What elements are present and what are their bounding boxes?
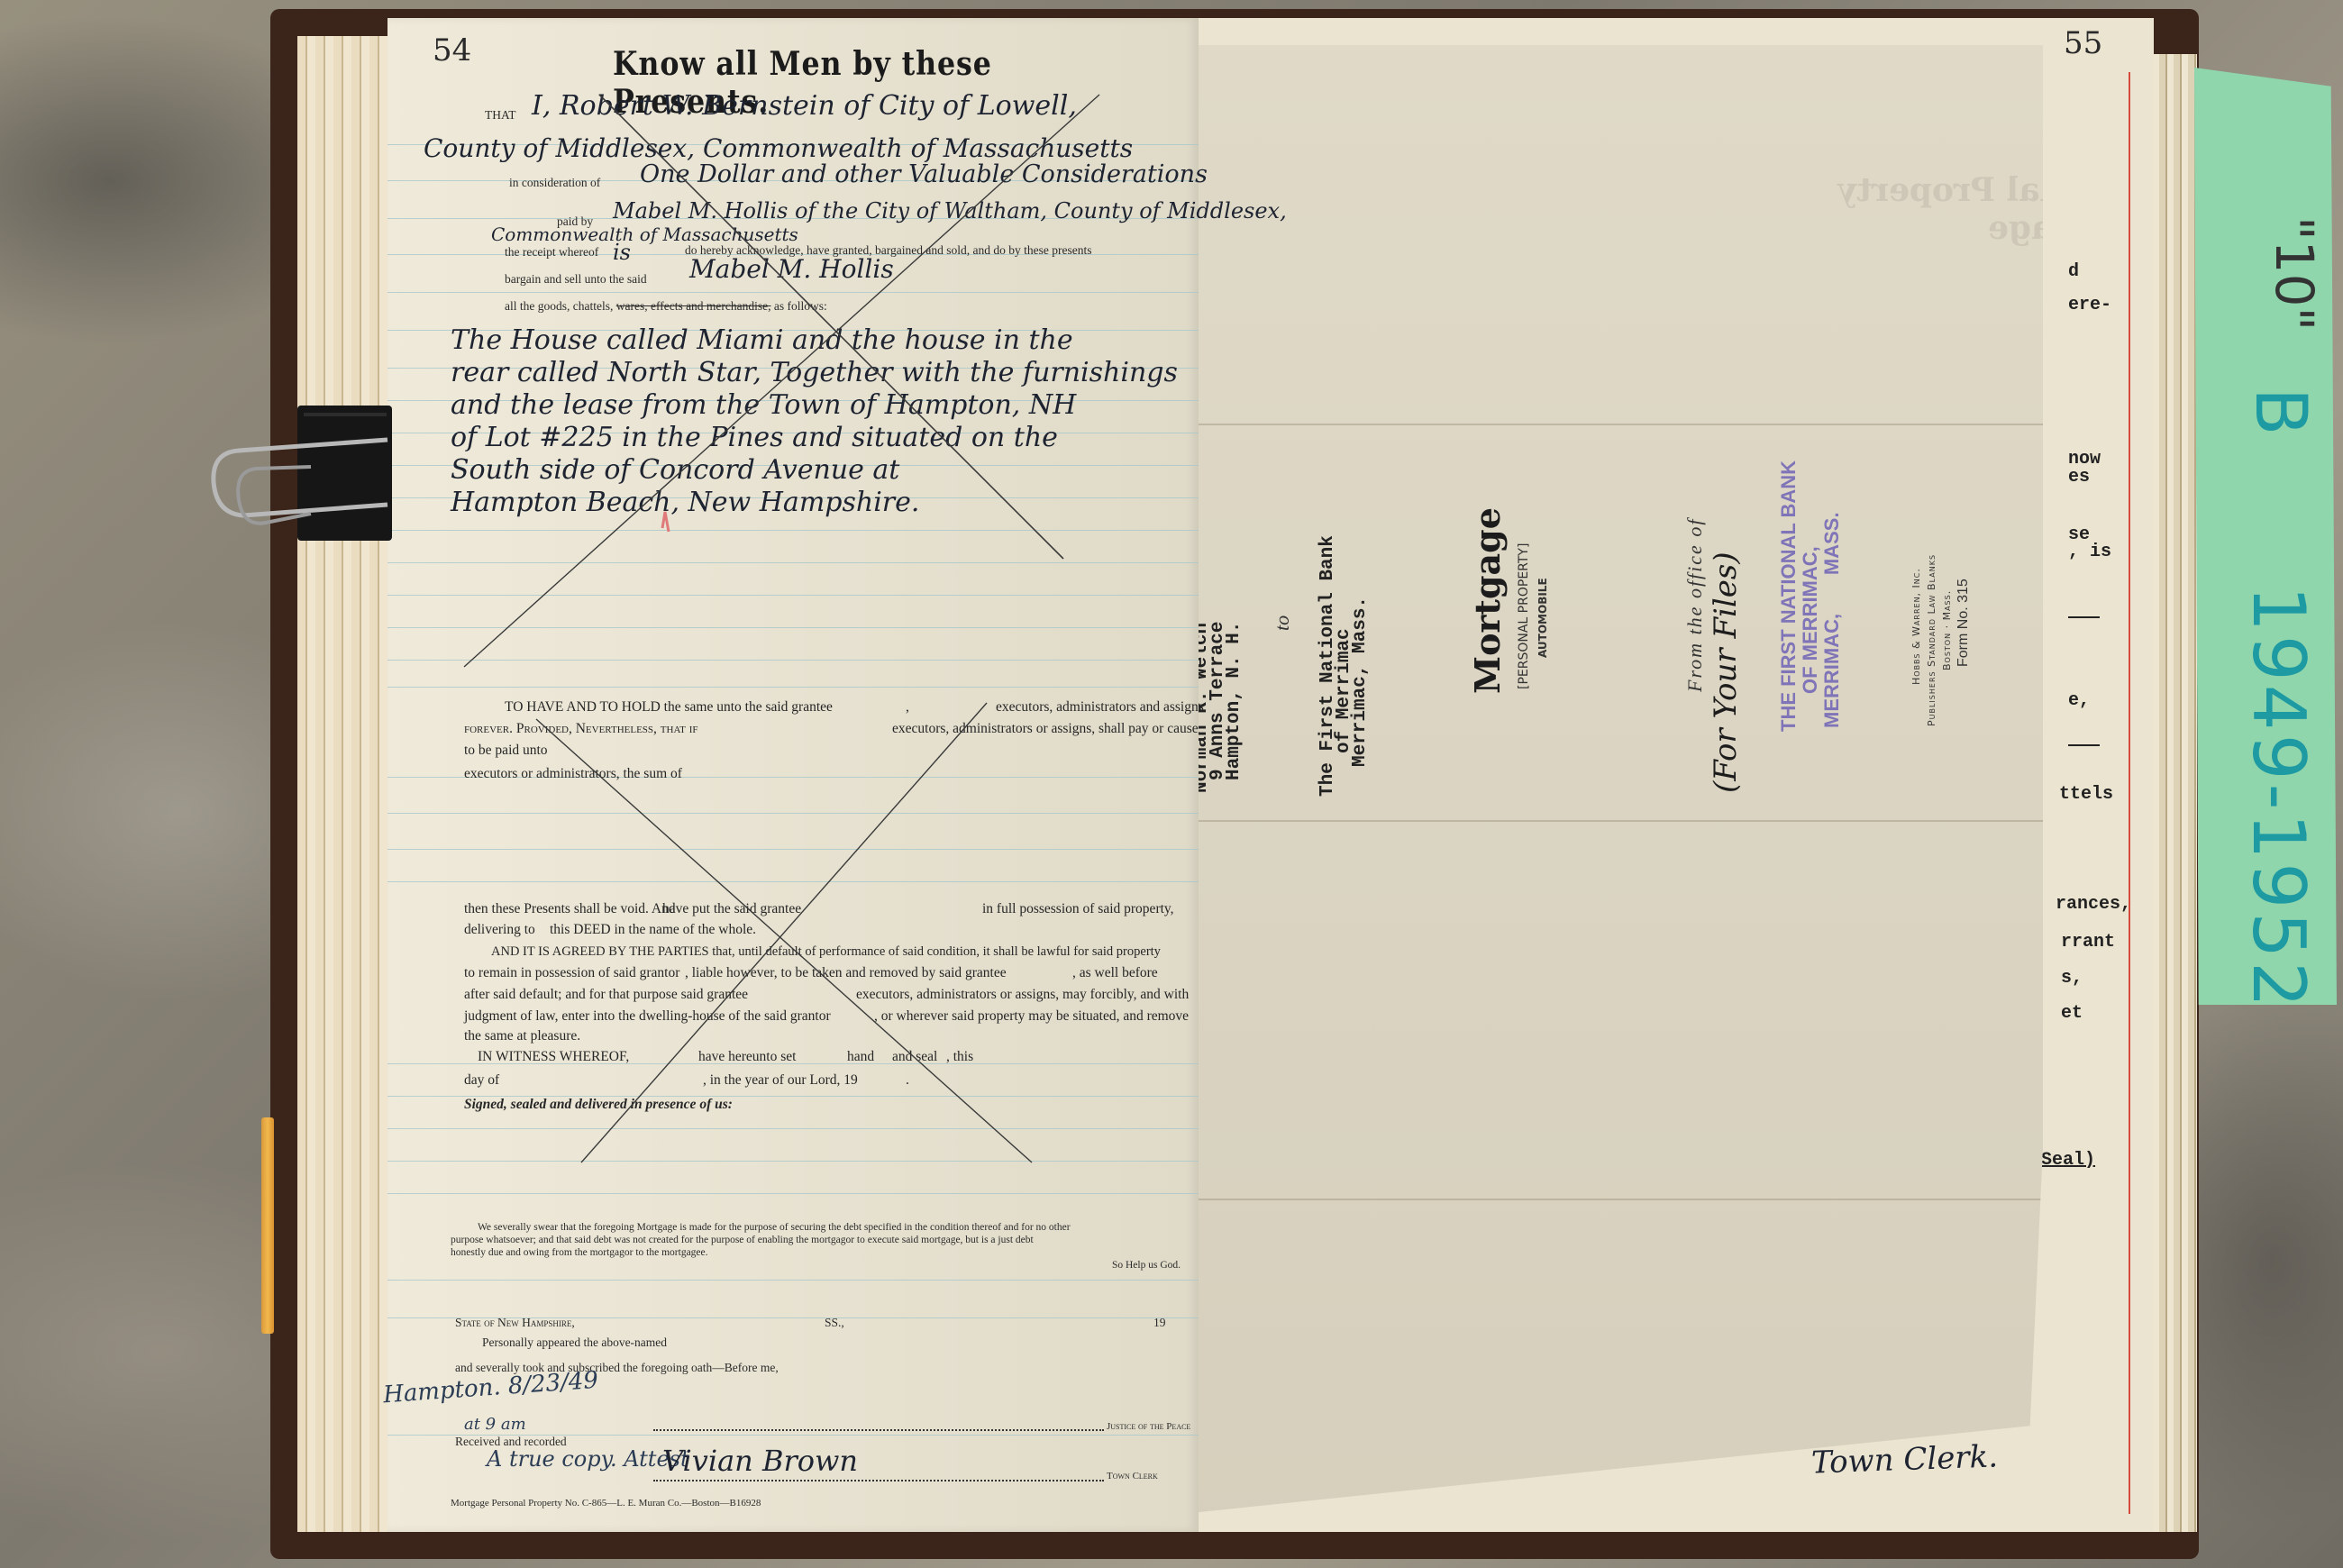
pencil bbox=[261, 1117, 274, 1334]
mortgage-title: Mortgage bbox=[1467, 507, 1508, 694]
fold-line bbox=[1182, 1199, 2043, 1200]
office-handwritten: (For Your Files) bbox=[1708, 552, 1744, 793]
bank-stamp-line-2: OF MERRIMAC, bbox=[1799, 546, 1822, 694]
tab-label-years: 1949-1952 bbox=[2237, 586, 2320, 1011]
publisher-line-3: Boston · Mass. bbox=[1941, 590, 1953, 670]
fold-line bbox=[1182, 424, 2043, 425]
tab-label-letter: B bbox=[2239, 387, 2320, 436]
to-label: to bbox=[1271, 615, 1294, 631]
page-number-right: 55 bbox=[2064, 25, 2102, 61]
publisher-line-2: Publishers Standard Law Blanks bbox=[1926, 554, 1937, 726]
mortgage-subtitle: [PERSONAL PROPERTY] bbox=[1517, 543, 1531, 689]
fold-line bbox=[1182, 820, 2043, 822]
form-number: Form No. 315 bbox=[1956, 579, 1972, 667]
publisher-line-1: Hobbs & Warren, Inc. bbox=[1910, 568, 1922, 685]
strike-through-marks bbox=[387, 18, 1199, 1532]
bank-stamp-line-3: MERRIMAC, MASS. bbox=[1820, 512, 1844, 728]
tab-label-number: "10" bbox=[2264, 216, 2325, 331]
bank-stamp-line-1: THE FIRST NATIONAL BANK bbox=[1777, 460, 1801, 732]
red-margin-line bbox=[2129, 72, 2130, 1514]
mortgage-type: AUTOMOBILE bbox=[1536, 578, 1549, 658]
left-page: 54 Know all Men by these Presents. THAT … bbox=[387, 18, 1199, 1532]
folded-mortgage-document: Personal Property Mortgage bbox=[1182, 45, 2043, 1514]
binder-clip-icon bbox=[203, 406, 410, 550]
mortgagee-line-3: Merrimac, Mass. bbox=[1350, 597, 1371, 767]
from-office-label: From the office of bbox=[1683, 518, 1707, 692]
mortgagor-line-3: Hampton, N. H. bbox=[1224, 622, 1244, 780]
